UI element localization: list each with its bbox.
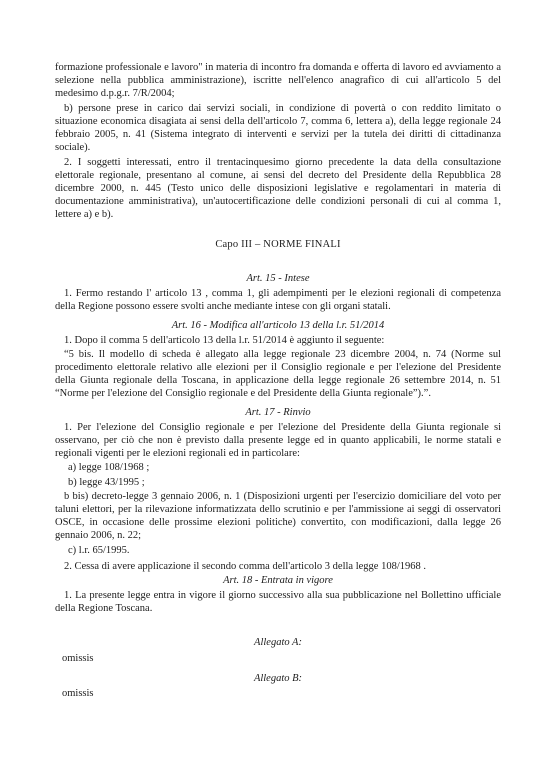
article-16-comma-1: 1. Dopo il comma 5 dell'articolo 13 dell… xyxy=(55,334,501,347)
reference-list-item-b: b) legge 43/1995 ; xyxy=(55,476,501,489)
article-18-heading: Art. 18 - Entrata in vigore xyxy=(55,574,501,587)
article-16-heading: Art. 16 - Modifica all'articolo 13 della… xyxy=(55,319,501,332)
paragraph-continuation: formazione professionale e lavoro" in ma… xyxy=(55,61,501,100)
annex-b-omissis: omissis xyxy=(62,687,501,700)
article-18-comma-1: 1. La presente legge entra in vigore il … xyxy=(55,589,501,615)
article-15-comma-1: 1. Fermo restando l' articolo 13 , comma… xyxy=(55,287,501,313)
paragraph-item-b: b) persone prese in carico dai servizi s… xyxy=(55,102,501,154)
paragraph-comma-2: 2. I soggetti interessati, entro il tren… xyxy=(55,156,501,221)
article-17-comma-1: 1. Per l'elezione del Consiglio regional… xyxy=(55,421,501,460)
article-17-comma-2: 2. Cessa di avere applicazione il second… xyxy=(55,560,501,573)
document-page: formazione professionale e lavoro" in ma… xyxy=(0,0,543,767)
annex-a-heading: Allegato A: xyxy=(55,636,501,649)
chapter-heading: Capo III – NORME FINALI xyxy=(55,238,501,251)
reference-list-item-b-bis: b bis) decreto-legge 3 gennaio 2006, n. … xyxy=(55,490,501,542)
legal-text-body: formazione professionale e lavoro" in ma… xyxy=(55,61,501,702)
article-15-heading: Art. 15 - Intese xyxy=(55,272,501,285)
article-16-inserted-quote: “5 bis. Il modello di scheda è allegato … xyxy=(55,348,501,400)
article-17-heading: Art. 17 - Rinvio xyxy=(55,406,501,419)
annex-a-omissis: omissis xyxy=(62,652,501,665)
reference-list-item-a: a) legge 108/1968 ; xyxy=(55,461,501,474)
reference-list-item-c: c) l.r. 65/1995. xyxy=(55,544,501,557)
annex-b-heading: Allegato B: xyxy=(55,672,501,685)
